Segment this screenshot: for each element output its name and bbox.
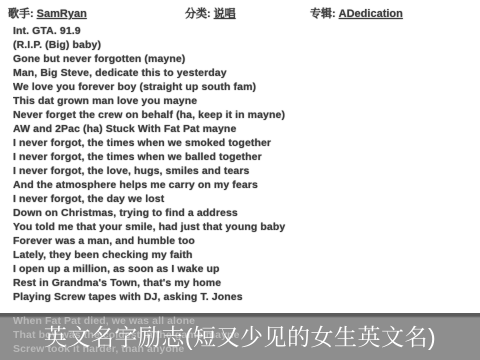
lyric-line: You told me that your smile, had just th… — [13, 220, 463, 234]
lyric-line: Forever was a man, and humble too — [13, 234, 463, 248]
lyric-line: Never forget the crew on behalf (ha, kee… — [13, 108, 463, 122]
meta-artist: 歌手:SamRyan — [8, 5, 87, 21]
lyric-line: We love you forever boy (straight up sou… — [13, 80, 463, 94]
lyric-line: Lately, they been checking my faith — [13, 248, 463, 262]
album-link[interactable]: ADedication — [339, 8, 403, 20]
category-label: 分类: — [185, 8, 211, 20]
lyric-line: Int. GTA. 91.9 — [13, 24, 463, 38]
meta-category: 分类:说唱 — [185, 5, 236, 21]
lyric-line: I never forgot, the day we lost — [13, 192, 463, 206]
meta-album: 专辑:ADedication — [310, 5, 403, 21]
lyric-line: Gone but never forgotten (mayne) — [13, 52, 463, 66]
lyrics-page: 歌手:SamRyan 分类:说唱 专辑:ADedication Int. GTA… — [0, 0, 480, 360]
artist-label: 歌手: — [8, 8, 34, 20]
album-label: 专辑: — [310, 8, 336, 20]
lyric-line: Man, Big Steve, dedicate this to yesterd… — [13, 66, 463, 80]
lyric-line: And the atmosphere helps me carry on my … — [13, 178, 463, 192]
lyric-line: Rest in Grandma's Town, that's my home — [13, 276, 463, 290]
meta-header: 歌手:SamRyan 分类:说唱 专辑:ADedication — [0, 5, 480, 21]
artist-link[interactable]: SamRyan — [37, 8, 87, 20]
lyric-line: I open up a million, as soon as I wake u… — [13, 262, 463, 276]
lyric-line: Down on Christmas, trying to find a addr… — [13, 206, 463, 220]
lyric-line: (R.I.P. (Big) baby) — [13, 38, 463, 52]
lyric-line: Playing Screw tapes with DJ, asking T. J… — [13, 290, 463, 304]
page-title: 英文名字励志(短又少见的女生英文名) — [0, 319, 480, 352]
lyrics-block: Int. GTA. 91.9 (R.I.P. (Big) baby) Gone … — [13, 24, 463, 304]
category-link[interactable]: 说唱 — [214, 8, 236, 20]
caption-overlay: When Fat Pat died, we was all alone That… — [0, 313, 480, 360]
lyric-line: I never forgot, the times when we balled… — [13, 150, 463, 164]
lyric-line: This dat grown man love you mayne — [13, 94, 463, 108]
lyric-line: I never forgot, the times when we smoked… — [13, 136, 463, 150]
lyric-line: AW and 2Pac (ha) Stuck With Fat Pat mayn… — [13, 122, 463, 136]
lyric-line: I never forgot, the love, hugs, smiles a… — [13, 164, 463, 178]
